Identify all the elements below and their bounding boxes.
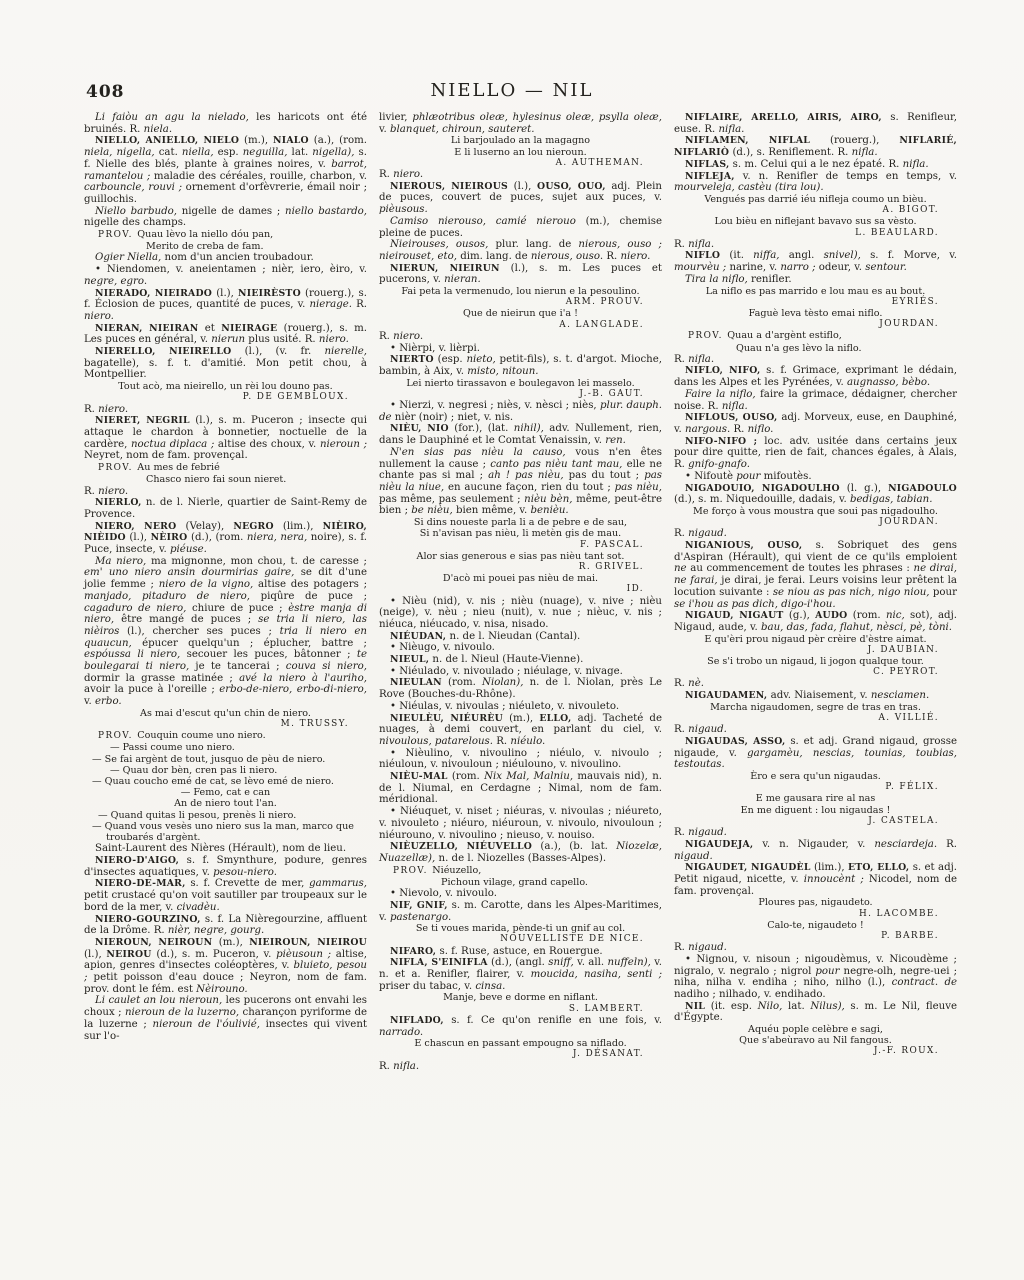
verse-line: Me forço à vous moustra que soui pas nig… bbox=[680, 506, 951, 517]
italic-term: Nilo, bbox=[758, 1001, 783, 1012]
text-run: au commencement de toutes les phrases : bbox=[687, 563, 914, 574]
proverb-line: — Quand quitas li pesou, prenès li niero… bbox=[84, 810, 367, 821]
text-run: • Nievolo, v. nivoulo. bbox=[390, 888, 497, 899]
text-run: (l.), bbox=[508, 181, 537, 192]
headword: NIEROUN, NEIROUN bbox=[95, 937, 212, 948]
italic-term: manjado, pitaduro de niero, bbox=[84, 591, 250, 602]
text-run: R. bbox=[730, 424, 747, 435]
text-run: n. de l. Nieul (Haute-Vienne). bbox=[429, 654, 583, 665]
italic-term: bau, das, fada, flahut, nèsci, pè, tòni. bbox=[761, 622, 952, 633]
paragraph: Li faiòu an agu la nielado, les haricots… bbox=[84, 112, 367, 135]
dictionary-entry: NIERO-D'AIGO, s. f. Smynthure, podure, g… bbox=[84, 855, 367, 878]
text-run: R. bbox=[352, 299, 367, 310]
headword: NIERAN, NIEIRAN bbox=[95, 323, 198, 334]
paragraph: R. niero. bbox=[379, 169, 662, 181]
text-run: (l.), bbox=[212, 288, 238, 299]
text-run: ma mignonne, mon chou, t. de caresse ; bbox=[146, 556, 367, 567]
proverb: PROV. Niéuzello,Pichoun vilage, grand ca… bbox=[379, 865, 662, 888]
text-run: v. n. Nigauder, v. bbox=[753, 839, 874, 850]
headword: NEIROU bbox=[106, 949, 151, 960]
headword: NIGAUD, NIGAUT bbox=[685, 610, 784, 621]
headword: NIERUN, NIEIRUN bbox=[390, 263, 500, 274]
verse-line: E chascun en passant empougno sa niflado… bbox=[385, 1038, 656, 1049]
headword: NIGAUDAS, ASSO, bbox=[685, 736, 786, 747]
headword: NIGAUDAMEN, bbox=[685, 690, 767, 701]
proverb-line: — Quau coucho emé de cat, se lèvo emé de… bbox=[84, 776, 367, 787]
verse-quote: Èro e sera qu'un nigaudas. bbox=[674, 771, 957, 782]
verse-quote: As mai d'escut qu'un chin de niero. bbox=[84, 708, 367, 719]
text-run: (rom. bbox=[442, 677, 482, 688]
headword: NIERET, NEGRIL bbox=[95, 415, 190, 426]
proverb: PROV. Au mes de febriéChasco niero fai s… bbox=[84, 462, 367, 485]
paragraph: • Niéuquet, v. niset ; niéuras, v. nivou… bbox=[379, 806, 662, 841]
text-run: R. bbox=[84, 404, 98, 415]
text-run: et bbox=[198, 323, 221, 334]
italic-term: neguilla, bbox=[243, 147, 288, 158]
italic-term: phlæotribus oleæ, hylesinus oleæ, psylla… bbox=[412, 112, 662, 123]
italic-term: nieroun de la luzerno, bbox=[125, 1007, 239, 1018]
text-run: secouer les puces, bâtonner ; bbox=[180, 649, 357, 660]
italic-term: nierun bbox=[211, 334, 245, 345]
dictionary-entry: NIERO-GOURZINO, s. f. La Nièregourzine, … bbox=[84, 914, 367, 937]
italic-term: nifla. bbox=[393, 1061, 419, 1072]
italic-term: contract. de bbox=[892, 977, 957, 988]
headword: OUSO, OUO, bbox=[537, 181, 606, 192]
text-run: R. bbox=[674, 678, 688, 689]
text-run: v. all. bbox=[574, 957, 608, 968]
paragraph: R. niero. bbox=[84, 486, 367, 498]
headword: NIALO bbox=[273, 135, 309, 146]
italic-term: pour bbox=[815, 966, 839, 977]
italic-term: nargous. bbox=[685, 424, 730, 435]
paragraph: Camiso nierouso, camié nierouo (m.), che… bbox=[379, 216, 662, 239]
proverb-line: — Se fai argènt de tout, jusquo de pèu d… bbox=[84, 754, 367, 765]
verse-line: D'acò mi pouei pas nièu de mai. bbox=[385, 573, 656, 584]
paragraph: • Niéulado, v. nivoulado ; niéulage, v. … bbox=[379, 666, 662, 678]
text-run: (Velay), bbox=[176, 521, 233, 532]
italic-term: noctua diplaca ; bbox=[131, 439, 214, 450]
verse-line: Èro e sera qu'un nigaudas. bbox=[680, 771, 951, 782]
text-run: R. bbox=[937, 839, 957, 850]
italic-term: carbouncle, rouvi ; bbox=[84, 182, 182, 193]
paragraph: • Nièu (nid), v. nis ; nièu (nuage), v. … bbox=[379, 596, 662, 631]
italic-term: nesciardeja. bbox=[874, 839, 937, 850]
italic-term: Niello barbudo, bbox=[95, 206, 177, 217]
paragraph: Saint-Laurent des Nières (Hérault), nom … bbox=[84, 843, 367, 855]
italic-term: nic, bbox=[886, 610, 905, 621]
italic-term: nigella), bbox=[312, 147, 354, 158]
dictionary-entry: NIFLAS, s. m. Celui qui a le nez épaté. … bbox=[674, 159, 957, 171]
dictionary-entry: NIERAN, NIEIRAN et NIEIRAGE (rouerg.), s… bbox=[84, 323, 367, 346]
attribution: C. PEYROT. bbox=[674, 667, 957, 678]
italic-term: niela, nigella, bbox=[84, 147, 155, 158]
text-run: altise des choux, v. bbox=[214, 439, 320, 450]
dictionary-entry: NIFLADO, s. f. Ce qu'on renifle en une f… bbox=[379, 1015, 662, 1038]
headword: NIFLEJA, bbox=[685, 171, 735, 182]
text-run: R. bbox=[674, 528, 688, 539]
headword: NIFLAS, bbox=[685, 159, 729, 170]
paragraph: R. nigaud. bbox=[674, 827, 957, 839]
headword: NIEIRAGE bbox=[221, 323, 277, 334]
verse-line: E li luserno an lou nieroun. bbox=[385, 147, 656, 158]
verse-line: La niflo es pas marrido e lou mau es au … bbox=[680, 286, 951, 297]
dictionary-entry: NIÈU, NIO (for.), (lat. nihil), adv. Nul… bbox=[379, 423, 662, 446]
attribution: J.-B. GAUT. bbox=[379, 389, 662, 400]
italic-term: nifla. bbox=[852, 147, 878, 158]
verse-line: Lei nierto tirassavon e boulegavon lei m… bbox=[385, 378, 656, 389]
text-run: angl. bbox=[780, 250, 824, 261]
headword: NIERELLO, NIEIRELLO bbox=[95, 346, 231, 357]
headword: NIEUL, bbox=[390, 654, 429, 665]
text-run: • Nièu (nid), v. nis ; nièu (nuage), v. … bbox=[379, 596, 662, 630]
dictionary-entry: NIFARO, s. f. Ruse, astuce, en Rouergue. bbox=[379, 946, 662, 958]
verse-line: Se s'i trobo un nigaud, li jogon qualque… bbox=[680, 656, 951, 667]
text-run: narine, v. bbox=[726, 262, 780, 273]
italic-term: niéulo. bbox=[510, 736, 545, 747]
headword: NIERO-GOURZINO, bbox=[95, 914, 201, 925]
verse-quote: Se s'i trobo un nigaud, li jogon qualque… bbox=[674, 656, 957, 667]
text-run: (g.), bbox=[784, 610, 816, 621]
verse-line: Que de nieirun que i'a ! bbox=[385, 308, 656, 319]
italic-term: pièusoun ; bbox=[276, 949, 331, 960]
italic-term: blanquet, chiroun, sauteret. bbox=[390, 124, 534, 135]
text-run: nadiho ; nilhado, v. endihado. bbox=[674, 989, 826, 1000]
italic-term: Camiso nierouso, camié nierouo bbox=[390, 216, 576, 227]
text-run: bagatelle), s. f. t. d'amitié. Mon petit… bbox=[84, 358, 367, 381]
italic-term: snivel), bbox=[824, 250, 861, 261]
paragraph: Faire la niflo, faire la grimace, dédaig… bbox=[674, 389, 957, 412]
text-run: (l. g.), bbox=[840, 483, 888, 494]
italic-term: narro ; bbox=[780, 262, 815, 273]
proverb-line: Pichoun vilage, grand capello. bbox=[393, 877, 662, 888]
headword: NIFLA, S'EINIFLA bbox=[390, 957, 488, 968]
dictionary-entry: NIERELLO, NIEIRELLO (l.), (v. fr. nierel… bbox=[84, 346, 367, 381]
attribution: NOUVELLISTE DE NICE. bbox=[379, 934, 662, 945]
italic-term: misto, nitoun. bbox=[467, 366, 538, 377]
text-run: R. bbox=[674, 239, 688, 250]
attribution: JOURDAN. bbox=[674, 517, 957, 528]
paragraph: Niello barbudo, nigelle de dames ; niell… bbox=[84, 206, 367, 229]
italic-term: niero. bbox=[620, 251, 650, 262]
text-run: adv. Niaisement, v. bbox=[767, 690, 870, 701]
italic-term: ah ! pas nièu, bbox=[488, 470, 563, 481]
verse-line: Li barjoulado an la magagno bbox=[385, 135, 656, 146]
headword: NIFLAIRE, ARELLO, AIRIS, AIRO, bbox=[685, 112, 882, 123]
text-run: • Nièugo, v. nivoulo. bbox=[390, 642, 495, 653]
italic-term: gnifo-gnafo. bbox=[688, 459, 750, 470]
text-run: R. bbox=[674, 354, 688, 365]
proverb-line: — Quau dor bèn, cren pas li niero. bbox=[84, 765, 367, 776]
verse-quote: Li barjoulado an la magagnoE li luserno … bbox=[379, 135, 662, 157]
attribution: M. TRUSSY. bbox=[84, 719, 367, 730]
italic-term: cinsa. bbox=[475, 981, 505, 992]
verse-quote: Que de nieirun que i'a ! bbox=[379, 308, 662, 319]
text-run: je te tancerai ; bbox=[189, 661, 286, 672]
italic-term: nifla. bbox=[903, 159, 929, 170]
headword: ELLO, bbox=[539, 713, 571, 724]
proverb-variant: — Quau dor bèn, cren pas li niero. bbox=[84, 765, 367, 776]
text-run: (lim.), bbox=[811, 862, 848, 873]
text-run: R. bbox=[674, 827, 688, 838]
italic-term: Niolan), bbox=[482, 677, 523, 688]
paragraph: • Nierzi, v. negresi ; niès, v. nèsci ; … bbox=[379, 400, 662, 423]
text-run: chiure de puce ; bbox=[186, 603, 288, 614]
italic-term: pour bbox=[736, 471, 760, 482]
dictionary-entry: NIEROUN, NEIROUN (m.), NIEIROUN, NIEIROU… bbox=[84, 937, 367, 996]
dictionary-entry: NIFO-NIFO ; loc. adv. usitée dans certai… bbox=[674, 436, 957, 471]
verse-quote: Fai peta la vermenudo, lou nierun e la p… bbox=[379, 286, 662, 297]
headword: NIGADOULO bbox=[888, 483, 957, 494]
italic-term: nifla. bbox=[688, 239, 714, 250]
italic-term: nigaud. bbox=[688, 724, 727, 735]
headword: NIFLAMEN, NIFLAL bbox=[685, 135, 810, 146]
italic-term: niela. bbox=[144, 124, 172, 135]
text-run: (m.), bbox=[239, 135, 273, 146]
italic-term: nivoulous, patarelous. bbox=[379, 736, 493, 747]
italic-term: narrado. bbox=[379, 1027, 423, 1038]
text-run: (l.), bbox=[126, 532, 151, 543]
dictionary-entry: NIERET, NEGRIL (l.), s. m. Puceron ; ins… bbox=[84, 415, 367, 462]
italic-term: augnasso, bèbo. bbox=[847, 377, 930, 388]
text-run: (rom. bbox=[448, 771, 485, 782]
text-run: v. bbox=[84, 696, 95, 707]
italic-term: civadèu. bbox=[177, 902, 220, 913]
paragraph: Li caulet an lou nieroun, les pucerons o… bbox=[84, 995, 367, 1042]
text-run: R. bbox=[603, 251, 620, 262]
verse-quote: Calo-te, nigaudeto ! bbox=[674, 920, 957, 931]
headword: NIERO, NERO bbox=[95, 521, 176, 532]
text-run: • Nifoutè bbox=[685, 471, 736, 482]
dictionary-entry: NIGAUDAMEN, adv. Niaisement, v. nesciame… bbox=[674, 690, 957, 702]
verse-quote: Me forço à vous moustra que soui pas nig… bbox=[674, 506, 957, 517]
italic-term: niflo. bbox=[748, 424, 774, 435]
text-run: n. de l. Nieudan (Cantal). bbox=[446, 631, 580, 642]
italic-term: nuffeln), bbox=[607, 957, 650, 968]
proverb-line: Merito de creba de fam. bbox=[98, 241, 367, 252]
verse-quote: E me gausara rire al nasEn me diguent : … bbox=[674, 793, 957, 815]
attribution: J. CASTELA. bbox=[674, 816, 957, 827]
verse-line: Marcha nigaudomen, segre de tras en tras… bbox=[680, 702, 951, 713]
dictionary-entry: NIERLO, n. de l. Nierle, quartier de Sai… bbox=[84, 497, 367, 520]
verse-line: Fai peta la vermenudo, lou nierun e la p… bbox=[385, 286, 656, 297]
attribution: ID. bbox=[379, 584, 662, 595]
paragraph: R. niero. bbox=[84, 404, 367, 416]
verse-line: Faguè leva tèsto emai niflo. bbox=[680, 308, 951, 319]
italic-term: avé la niero à l'auriho, bbox=[239, 673, 367, 684]
headword: NIFLO, NIFO, bbox=[685, 365, 760, 376]
headword: NIGAUDEJA, bbox=[685, 839, 753, 850]
italic-term: Nèirouno. bbox=[196, 984, 248, 995]
attribution: ARM. PROUV. bbox=[379, 297, 662, 308]
verse-line: Aquéu pople celèbre e sagi, bbox=[680, 1024, 951, 1035]
italic-term: Li caulet an lou nieroun, bbox=[95, 995, 222, 1006]
proverb-line: Au mes de febrié bbox=[137, 462, 219, 473]
italic-term: innoucènt ; bbox=[804, 874, 864, 885]
proverb-variant: — Quand quitas li pesou, prenès li niero… bbox=[84, 810, 367, 821]
italic-term: em' uno niero ansin dourmirias gaire, bbox=[84, 567, 294, 578]
text-run: lat. bbox=[288, 147, 313, 158]
verse-line: — Femo, cat e can bbox=[90, 787, 361, 798]
dictionary-entry: NIFLOUS, OUSO, adj. Morveux, euse, en Da… bbox=[674, 412, 957, 435]
text-run: pas même, pas seulement ; bbox=[379, 494, 524, 505]
text-run: (a.), (b. lat. bbox=[532, 841, 616, 852]
attribution: A. VILLIÉ. bbox=[674, 713, 957, 724]
attribution: H. LACOMBE. bbox=[674, 909, 957, 920]
text-run: pour bbox=[930, 587, 957, 598]
italic-term: niero. bbox=[84, 311, 114, 322]
italic-term: niero. bbox=[98, 486, 128, 497]
text-run: s. f. Crevette de mer, bbox=[186, 878, 310, 889]
proverb: PROV. Quau a d'argènt estiflo,Quau n'a g… bbox=[674, 330, 957, 353]
text-run: (m.), bbox=[503, 713, 539, 724]
italic-term: moucida, nasiha, senti ; bbox=[531, 969, 662, 980]
text-run: avoir la puce à l'oreille ; bbox=[84, 684, 219, 695]
text-run: Saint-Laurent des Nières (Hérault), nom … bbox=[95, 843, 346, 854]
dictionary-entry: NIÈU-MAL (rom. Nix Mal, Malniu, mauvais … bbox=[379, 771, 662, 806]
text-run: esp. bbox=[214, 147, 243, 158]
column-3: NIFLAIRE, ARELLO, AIRIS, AIRO, s. Renifl… bbox=[674, 112, 957, 1072]
dictionary-entry: NIFLA, S'EINIFLA (d.), (angl. sniff, v. … bbox=[379, 957, 662, 992]
dictionary-entry: NIFLAMEN, NIFLAL (rouerg.), NIFLARIÉ, NI… bbox=[674, 135, 957, 158]
dictionary-entry: NIFLAIRE, ARELLO, AIRIS, AIRO, s. Renifl… bbox=[674, 112, 957, 135]
italic-term: benièu. bbox=[530, 505, 568, 516]
dictionary-entry: NIEULAN (rom. Niolan), n. de l. Niolan, … bbox=[379, 677, 662, 700]
italic-term: niero. bbox=[98, 404, 128, 415]
text-run: livier, bbox=[379, 112, 412, 123]
verse-line: E me gausara rire al nas bbox=[680, 793, 951, 804]
verse-quote: Alor sias generous e sias pas nièu tant … bbox=[379, 551, 662, 562]
dictionary-entry: NIF, GNIF, s. m. Carotte, dans les Alpes… bbox=[379, 900, 662, 923]
paragraph: Ma niero, ma mignonne, mon chou, t. de c… bbox=[84, 556, 367, 708]
headword: NIFLADO, bbox=[390, 1015, 444, 1026]
text-run: être mangé de puces ; bbox=[114, 614, 258, 625]
text-run: odeur, v. bbox=[816, 262, 866, 273]
text-run: dim. lang. de bbox=[457, 251, 531, 262]
headword: NIÈU, NIO bbox=[390, 423, 449, 434]
proverb-variant: — Passi coume uno niero. bbox=[84, 742, 367, 753]
italic-term: sniff, bbox=[548, 957, 574, 968]
verse-line: Que s'abeùravo au Nil fangous. bbox=[680, 1035, 951, 1046]
text-run: (rom. bbox=[848, 610, 886, 621]
italic-term: nieran. bbox=[444, 274, 481, 285]
text-run: • Nièulino, v. nivoulino ; niéulo, v. ni… bbox=[379, 748, 662, 771]
attribution: J. DÉSANAT. bbox=[379, 1049, 662, 1060]
proverb-variant: — Se fai argènt de tout, jusquo de pèu d… bbox=[84, 754, 367, 765]
attribution: J. DAUBIAN. bbox=[674, 645, 957, 656]
proverb-line: Couquin coume uno niero. bbox=[137, 730, 265, 741]
text-run: R. bbox=[379, 1061, 393, 1072]
italic-term: ren. bbox=[605, 435, 626, 446]
dictionary-entry: NIELLO, ANIELLO, NIELO (m.), NIALO (a.),… bbox=[84, 135, 367, 205]
italic-term: nigaud. bbox=[688, 528, 727, 539]
text-run: maladie des céréales, rouille, charbon, … bbox=[150, 171, 367, 182]
text-run: s. f. Ce qu'on renifle en une fois, v. bbox=[444, 1015, 662, 1026]
text-run: (esp. bbox=[434, 354, 467, 365]
text-run: nigelle de dames ; bbox=[177, 206, 285, 217]
italic-term: piéuse. bbox=[170, 544, 207, 555]
headword: NIEIROUN, NIEIROU bbox=[249, 937, 367, 948]
text-run: Neyret, nom de fam. provençal. bbox=[84, 450, 248, 461]
dictionary-entry: NIEUL, n. de l. Nieul (Haute-Vienne). bbox=[379, 654, 662, 666]
headword: NIL bbox=[685, 1001, 705, 1012]
verse-line: Tout acò, ma nieirello, un rèi lou douno… bbox=[90, 381, 361, 392]
verse-quote: Vengués pas darrié iéu nifleja coumo un … bbox=[674, 194, 957, 205]
verse-quote: E chascun en passant empougno sa niflado… bbox=[379, 1038, 662, 1049]
italic-term: gammarus, bbox=[309, 878, 367, 889]
verse-line: E qu'èri prou nigaud pèr crèire d'èstre … bbox=[680, 634, 951, 645]
dictionary-entry: NIGAUDET, NIGAUDÈL (lim.), ETO, ELLO, s.… bbox=[674, 862, 957, 897]
text-run: (d.), s. m. Puceron, v. bbox=[152, 949, 276, 960]
headword: NIEIRÈSTO bbox=[238, 288, 301, 299]
proverb-label: PROV. bbox=[688, 331, 727, 341]
verse-quote: Manje, beve e dorme en niflant. bbox=[379, 992, 662, 1003]
italic-term: niero. bbox=[319, 334, 349, 345]
italic-term: niera, nera, bbox=[247, 532, 307, 543]
proverb-line: Quau a d'argènt estiflo, bbox=[727, 330, 842, 341]
attribution: F. PASCAL. bbox=[379, 540, 662, 551]
paragraph: R. nigaud. bbox=[674, 942, 957, 954]
proverb-label: PROV. bbox=[98, 731, 137, 741]
text-run: (it. esp. bbox=[705, 1001, 758, 1012]
text-run: v. n. Renifler de temps en temps, v. bbox=[735, 171, 957, 182]
verse-line: Si n'avisan pas nièu, li metèn gis de ma… bbox=[385, 528, 656, 539]
paragraph: Ogier Niella, nom d'un ancien troubadour… bbox=[84, 252, 367, 264]
dictionary-entry: NIGAUD, NIGAUT (g.), AUDO (rom. nic, sot… bbox=[674, 610, 957, 633]
text-run: • Nièrpi, v. lièrpi. bbox=[390, 343, 480, 354]
italic-term: niffa, bbox=[753, 250, 779, 261]
paragraph: • Nievolo, v. nivoulo. bbox=[379, 888, 662, 900]
text-run: (for.), (lat. bbox=[449, 423, 514, 434]
verse-line: Manje, beve e dorme en niflant. bbox=[385, 992, 656, 1003]
italic-term: pas nièu, bbox=[615, 482, 662, 493]
text-run: nigelle des champs. bbox=[84, 217, 186, 228]
verse-quote: Aquéu pople celèbre e sagi,Que s'abeùrav… bbox=[674, 1024, 957, 1046]
italic-term: nièr, negre, gourg. bbox=[168, 925, 264, 936]
italic-term: nierelle, bbox=[324, 346, 367, 357]
headword: NIEULÈU, NIÉURÈU bbox=[390, 713, 503, 724]
verse-quote: Lou bièu en niflejant bavavo sus sa vèst… bbox=[674, 216, 957, 227]
italic-term: erbo. bbox=[95, 696, 122, 707]
text-run: • Niendomen, v. aneientamen ; nièr, iero… bbox=[95, 264, 367, 275]
proverb-line: — Quand vous vesès uno niero sus la man,… bbox=[84, 821, 367, 843]
headword: NIÈUZELLO, NIÉUVELLO bbox=[390, 841, 532, 852]
paragraph: R. nè. bbox=[674, 678, 957, 690]
text-run: s. f. Ruse, astuce, en Rouergue. bbox=[436, 946, 602, 957]
headword: NIÉUDAN, bbox=[390, 631, 446, 642]
italic-term: canto pas nièu tant mau, bbox=[490, 459, 622, 470]
italic-term: Ogier Niella, bbox=[95, 252, 161, 263]
text-run: R. bbox=[493, 736, 510, 747]
dictionary-entry: NIERTO (esp. nieto, petit-fils), s. t. d… bbox=[379, 354, 662, 377]
paragraph: R. nifla. bbox=[379, 1061, 662, 1073]
attribution: A. AUTHEMAN. bbox=[379, 158, 662, 169]
italic-term: espóussa li niero, bbox=[84, 649, 180, 660]
dictionary-entry: NIGANIOUS, OUSO, s. Sobriquet des gens d… bbox=[674, 540, 957, 610]
italic-term: couva si niero, bbox=[286, 661, 367, 672]
paragraph: • Nièulino, v. nivoulino ; niéulo, v. ni… bbox=[379, 748, 662, 771]
paragraph: R. nigaud. bbox=[674, 528, 957, 540]
paragraph: R. niero. bbox=[379, 331, 662, 343]
italic-term: cagaduro de niero, bbox=[84, 603, 186, 614]
italic-term: nè. bbox=[688, 678, 704, 689]
headword: NIFO-NIFO ; bbox=[685, 436, 757, 447]
italic-term: negre, egro. bbox=[84, 276, 147, 287]
verse-quote: Lei nierto tirassavon e boulegavon lei m… bbox=[379, 378, 662, 389]
italic-term: pièusous. bbox=[379, 204, 428, 215]
italic-term: nièu bèn, bbox=[524, 494, 572, 505]
attribution: A. BIGOT. bbox=[674, 205, 957, 216]
headword: NIFLO bbox=[685, 250, 720, 261]
